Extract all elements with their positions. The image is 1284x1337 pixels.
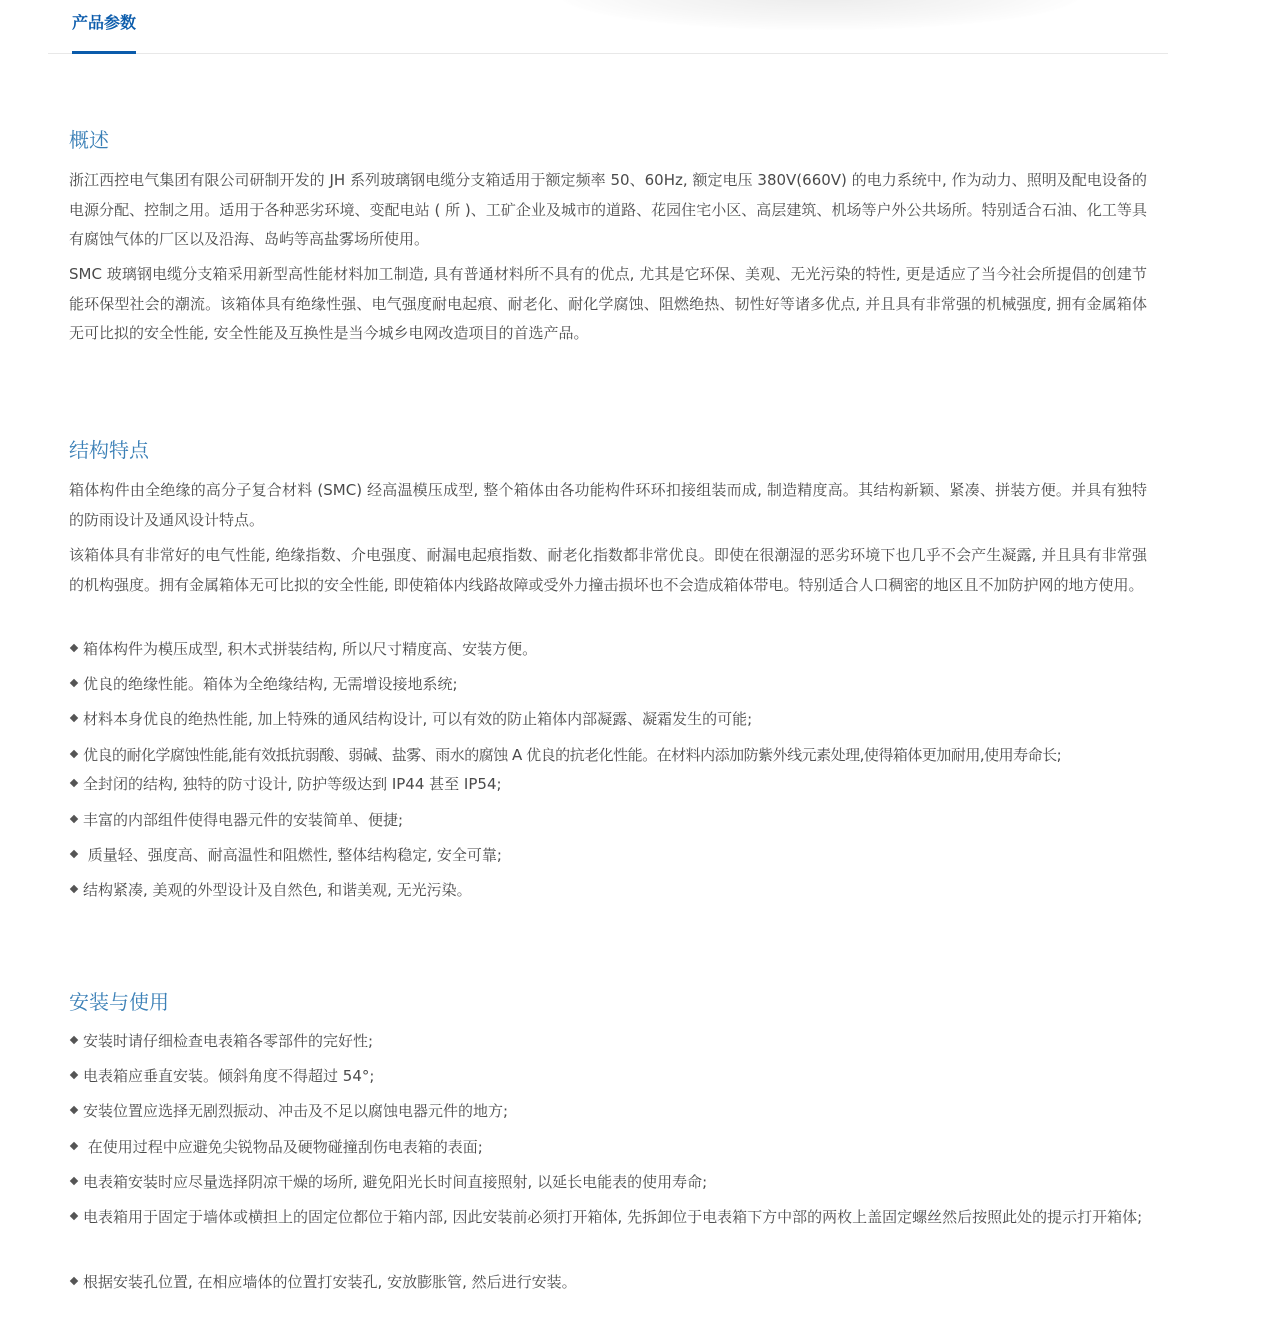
overview-paragraph-1: 浙江西控电气集团有限公司研制开发的 JH 系列玻璃钢电缆分支箱适用于额定频率 5… — [69, 166, 1147, 255]
structure-bullet: 优良的耐化学腐蚀性能,能有效抵抗弱酸、弱碱、盐雾、雨水的腐蚀 A 优良的抗老化性… — [69, 741, 1149, 771]
structure-bullet: 丰富的内部组件使得电器元件的安装简单、便捷; — [69, 806, 1149, 836]
structure-paragraph-1: 箱体构件由全绝缘的高分子复合材料 (SMC) 经高温模压成型, 整个箱体由各功能… — [69, 476, 1147, 535]
diamond-bullet-icon — [70, 850, 78, 858]
installation-bullet: 电表箱安装时应尽量选择阴凉干燥的场所, 避免阳光长时间直接照射, 以延长电能表的… — [69, 1168, 1149, 1198]
installation-bullet: 电表箱应垂直安装。倾斜角度不得超过 54°; — [69, 1062, 1149, 1092]
diamond-bullet-icon — [70, 1071, 78, 1079]
overview-paragraph-2: SMC 玻璃钢电缆分支箱采用新型高性能材料加工制造, 具有普通材料所不具有的优点… — [69, 260, 1147, 349]
diamond-bullet-icon — [70, 1177, 78, 1185]
diamond-bullet-icon — [70, 1277, 78, 1285]
structure-bullet: 优良的绝缘性能。箱体为全绝缘结构, 无需增设接地系统; — [69, 670, 1149, 700]
diamond-bullet-icon — [70, 1142, 78, 1150]
section-title-overview: 概述 — [69, 124, 109, 153]
structure-paragraph-2: 该箱体具有非常好的电气性能, 绝缘指数、介电强度、耐漏电起痕指数、耐老化指数都非… — [69, 541, 1147, 600]
section-title-structure: 结构特点 — [69, 434, 149, 463]
structure-bullet: 质量轻、强度高、耐高温性和阻燃性, 整体结构稳定, 安全可靠; — [69, 841, 1149, 871]
diamond-bullet-icon — [70, 779, 78, 787]
diamond-bullet-icon — [70, 750, 78, 758]
diamond-bullet-icon — [70, 1212, 78, 1220]
structure-bullet: 材料本身优良的绝热性能, 加上特殊的通风结构设计, 可以有效的防止箱体内部凝露、… — [69, 705, 1149, 735]
structure-bullet: 全封闭的结构, 独特的防寸设计, 防护等级达到 IP44 甚至 IP54; — [69, 770, 1149, 800]
diamond-bullet-icon — [70, 679, 78, 687]
installation-bullet: 安装位置应选择无剧烈振动、冲击及不足以腐蚀电器元件的地方; — [69, 1097, 1149, 1127]
installation-bullet: 安装时请仔细检查电表箱各零部件的完好性; — [69, 1027, 1149, 1057]
diamond-bullet-icon — [70, 815, 78, 823]
diamond-bullet-icon — [70, 714, 78, 722]
tab-bar: 产品参数 — [48, 0, 1168, 54]
installation-bullet: 根据安装孔位置, 在相应墙体的位置打安装孔, 安放膨胀管, 然后进行安装。 — [69, 1268, 1149, 1298]
diamond-bullet-icon — [70, 885, 78, 893]
diamond-bullet-icon — [70, 1106, 78, 1114]
tab-product-parameters[interactable]: 产品参数 — [72, 0, 136, 53]
installation-bullet: 电表箱用于固定于墙体或横担上的固定位都位于箱内部, 因此安装前必须打开箱体, 先… — [69, 1203, 1147, 1233]
diamond-bullet-icon — [70, 644, 78, 652]
structure-bullet: 箱体构件为模压成型, 积木式拼装结构, 所以尺寸精度高、安装方便。 — [69, 635, 1149, 665]
structure-bullet: 结构紧凑, 美观的外型设计及自然色, 和谐美观, 无光污染。 — [69, 876, 1149, 906]
diamond-bullet-icon — [70, 1036, 78, 1044]
section-title-installation: 安装与使用 — [69, 986, 169, 1015]
installation-bullet: 在使用过程中应避免尖锐物品及硬物碰撞刮伤电表箱的表面; — [69, 1133, 1149, 1163]
